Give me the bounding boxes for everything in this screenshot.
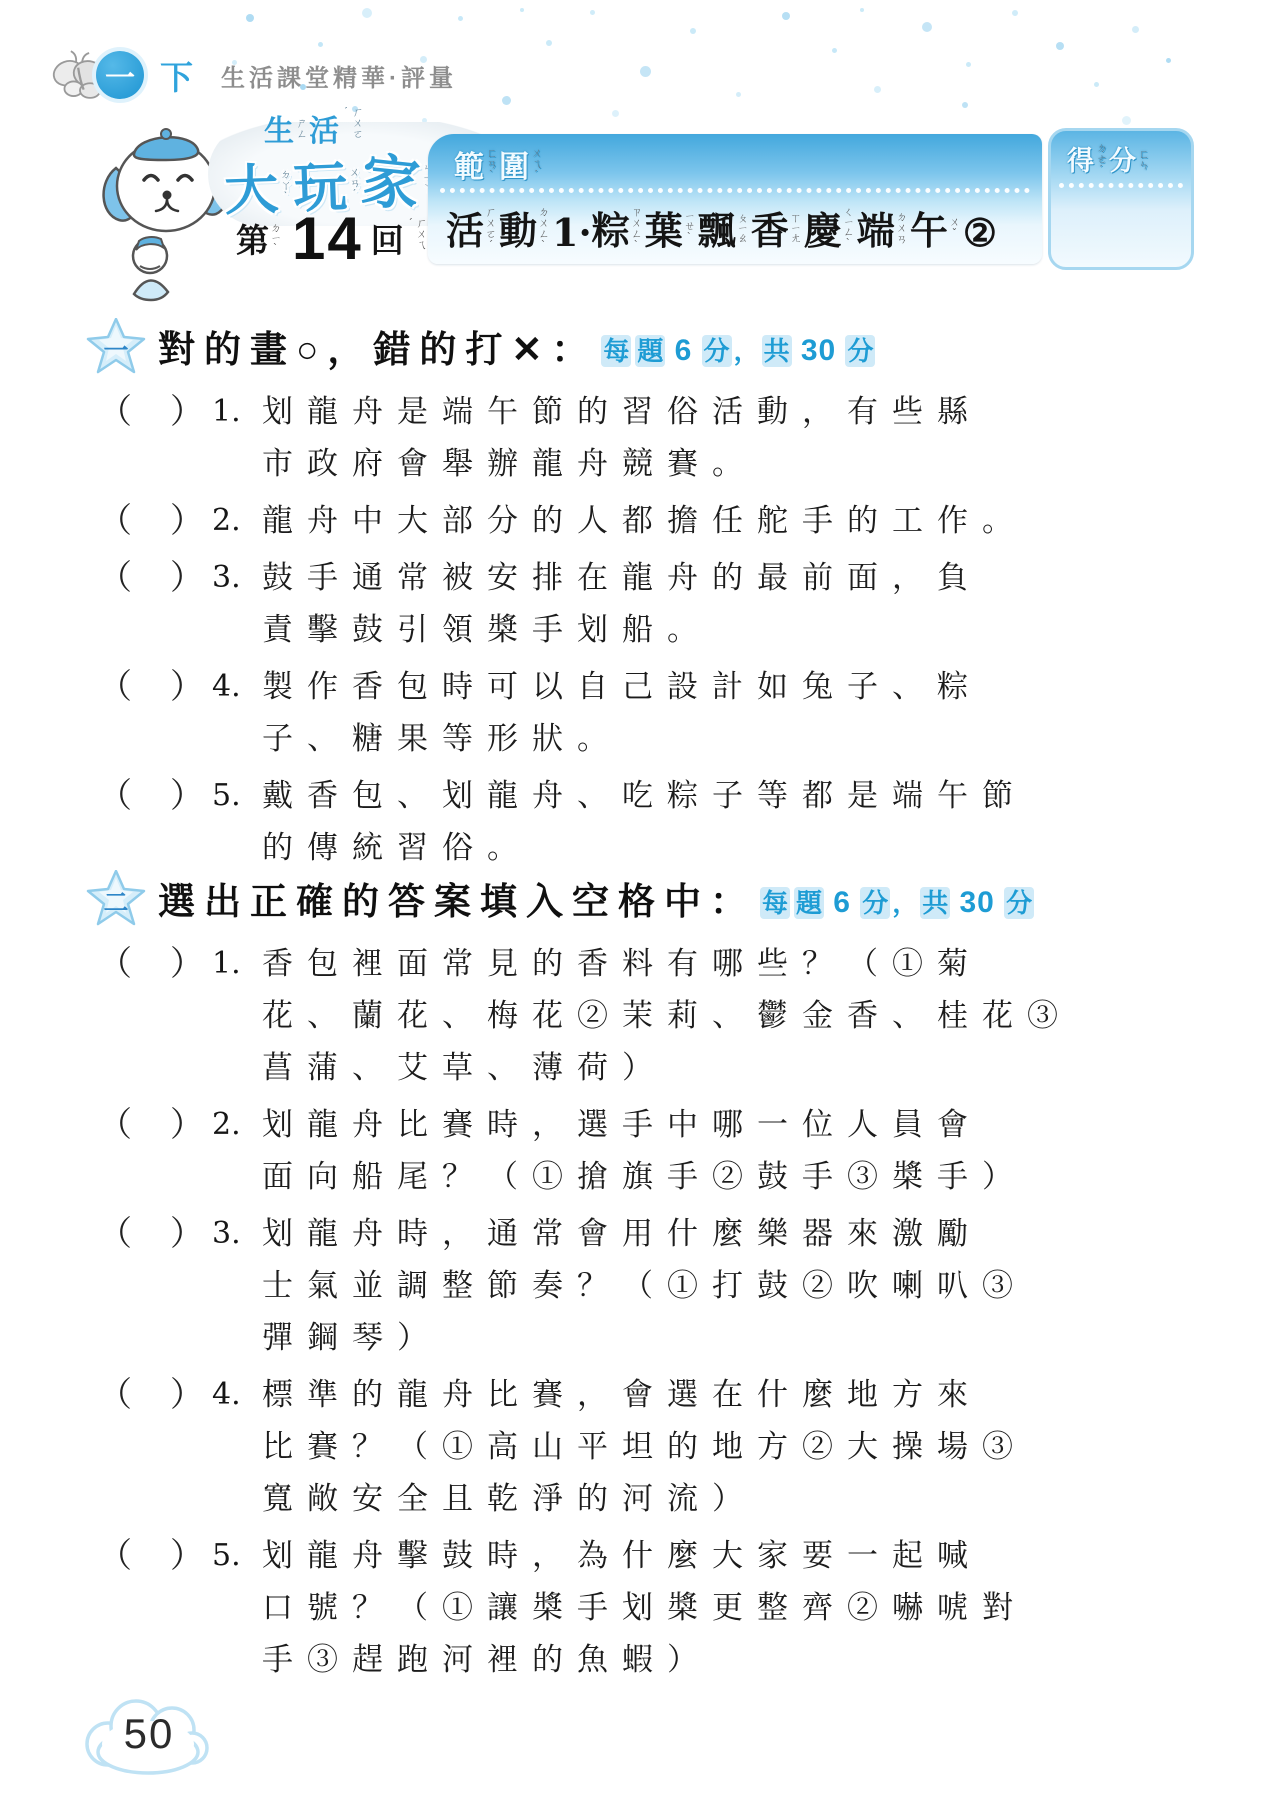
question-line: 划龍舟時，通常會用什麼樂器來激勵 bbox=[262, 1208, 1198, 1260]
ruby-char: 葉ㄧㄝˋ bbox=[645, 200, 698, 255]
decor-dot bbox=[922, 22, 932, 32]
zhuyin-annotation: ㄧㄝˋ bbox=[684, 211, 695, 244]
decor-dot bbox=[362, 8, 372, 18]
series-title: 生活課堂精華·評量 bbox=[221, 58, 457, 93]
question-line: 香包裡面常見的香料有哪些？（①菊 bbox=[262, 938, 1198, 990]
answer-bracket: （ ） bbox=[98, 1369, 204, 1421]
question-row: （ ） 1. 香包裡面常見的香料有哪些？（①菊花、蘭花、梅花②茉莉、鬱金香、桂花… bbox=[86, 938, 1198, 1094]
question-text: 划龍舟是端午節的習俗活動，有些縣市政府會舉辦龍舟競賽。 bbox=[262, 386, 1198, 490]
ruby-char: 得ㄉㄜˊ bbox=[1067, 139, 1109, 178]
answer-bracket: （ ） bbox=[98, 1530, 204, 1582]
bracket-close: ） bbox=[170, 552, 204, 604]
score-dotted-line bbox=[1059, 183, 1183, 188]
zhuyin-annotation: ㄉㄧˋ bbox=[270, 222, 281, 255]
decor-dot bbox=[782, 12, 790, 20]
bracket-open: （ bbox=[98, 495, 132, 547]
question-line: 戴香包、划龍舟、吃粽子等都是端午節 bbox=[262, 770, 1198, 822]
zhuyin-annotation: ㄆㄧㄠ bbox=[737, 212, 748, 243]
question-text: 標準的龍舟比賽，會選在什麼地方來比賽？（①高山平坦的地方②大操場③寬敞安全且乾淨… bbox=[262, 1369, 1198, 1525]
ruby-char: 飄ㄆㄧㄠ bbox=[698, 200, 751, 255]
bracket-close: ） bbox=[170, 938, 204, 990]
question-row: （ ） 4. 製作香包時可以自己設計如兔子、粽子、糖果等形狀。 bbox=[86, 661, 1198, 765]
activity-title: 活ㄏㄨㄛˊ動ㄉㄨㄥˋ1·粽ㄗㄨㄥˋ葉ㄧㄝˋ飄ㄆㄧㄠ香ㄒㄧㄤ慶ㄑㄧㄥˋ端ㄉㄨㄢ午ㄨ… bbox=[446, 200, 997, 255]
ruby-char: 圍ㄨㄟˊ bbox=[499, 142, 544, 186]
answer-bracket: （ ） bbox=[98, 770, 204, 822]
zhuyin-annotation: ㄉㄨㄢ bbox=[896, 211, 907, 244]
question-row: （ ） 3. 划龍舟時，通常會用什麼樂器來激勵士氣並調整節奏？（①打鼓②吹喇叭③… bbox=[86, 1208, 1198, 1364]
zhuyin-annotation: ㄨㄢˊ bbox=[348, 165, 360, 199]
bracket-open: （ bbox=[98, 1208, 132, 1260]
score-box-label: 得ㄉㄜˊ分ㄈㄣ bbox=[1067, 139, 1151, 178]
question-line: 龍舟中大部分的人都擔任舵手的工作。 bbox=[262, 495, 1198, 547]
decor-dot bbox=[458, 16, 463, 21]
ruby-char: 午ㄨˇ bbox=[910, 200, 963, 255]
question-line: 划龍舟擊鼓時，為什麼大家要一起喊 bbox=[262, 1530, 1198, 1582]
answer-bracket: （ ） bbox=[98, 1208, 204, 1260]
section-header: 一 對的畫○，錯的打✕： 每題 6 分，共 30 分 bbox=[86, 318, 1198, 374]
question-row: （ ） 5. 划龍舟擊鼓時，為什麼大家要一起喊口號？（①讓槳手划槳更整齊②嚇唬對… bbox=[86, 1530, 1198, 1686]
bracket-open: （ bbox=[98, 386, 132, 438]
ruby-char: 慶ㄑㄧㄥˋ bbox=[804, 200, 857, 255]
question-number: 3. bbox=[204, 552, 262, 604]
decor-dot bbox=[246, 14, 254, 22]
decor-dot bbox=[1012, 10, 1018, 16]
question-number: 2. bbox=[204, 1099, 262, 1151]
decor-dot bbox=[860, 8, 864, 12]
question-line: 手③趕跑河裡的魚蝦） bbox=[262, 1634, 1198, 1686]
zhuyin-annotation: ㄗㄨㄥˋ bbox=[631, 206, 642, 250]
answer-bracket: （ ） bbox=[98, 495, 204, 547]
bracket-close: ） bbox=[170, 661, 204, 713]
page-number-cloud: 50 bbox=[74, 1688, 224, 1784]
lesson-prefix: 第ㄉㄧˋ bbox=[236, 215, 284, 262]
decor-dot bbox=[736, 92, 741, 97]
bracket-close: ） bbox=[170, 1208, 204, 1260]
decor-dot bbox=[546, 40, 552, 46]
section-instruction: 選出正確的答案填入空格中： bbox=[158, 871, 756, 925]
question-number: 5. bbox=[204, 1530, 262, 1582]
question-line: 標準的龍舟比賽，會選在什麼地方來 bbox=[262, 1369, 1198, 1421]
question-number: 5. bbox=[204, 770, 262, 822]
bracket-open: （ bbox=[98, 1099, 132, 1151]
zhuyin-annotation: ㄒㄧㄤ bbox=[790, 212, 801, 243]
decor-dot bbox=[520, 8, 524, 12]
zhuyin-annotation: ㄉㄜˊ bbox=[1095, 142, 1106, 176]
zhuyin-annotation: ㄑㄧㄥˋ bbox=[843, 206, 854, 250]
decor-dot bbox=[832, 48, 837, 53]
zhuyin-annotation: ㄨˇ bbox=[949, 216, 960, 240]
section-scoring: 每題 6 分，共 30 分 bbox=[599, 331, 877, 368]
ruby-char: 分ㄈㄣ bbox=[1109, 139, 1151, 178]
decor-dot bbox=[1056, 42, 1064, 50]
question-list: （ ） 1. 香包裡面常見的香料有哪些？（①菊花、蘭花、梅花②茉莉、鬱金香、桂花… bbox=[86, 938, 1198, 1686]
ruby-char: · bbox=[578, 210, 591, 255]
question-text: 划龍舟擊鼓時，為什麼大家要一起喊口號？（①讓槳手划槳更整齊②嚇唬對手③趕跑河裡的… bbox=[262, 1530, 1198, 1686]
zhuyin-annotation: ㄨㄟˊ bbox=[530, 147, 541, 181]
section-index: 二 bbox=[86, 883, 146, 919]
question-line: 比賽？（①高山平坦的地方②大操場③ bbox=[262, 1421, 1198, 1473]
question-number: 1. bbox=[204, 386, 262, 438]
answer-bracket: （ ） bbox=[98, 938, 204, 990]
question-number: 2. bbox=[204, 495, 262, 547]
decor-dot bbox=[966, 62, 971, 67]
question-text: 戴香包、划龍舟、吃粽子等都是端午節的傳統習俗。 bbox=[262, 770, 1198, 874]
question-line: 花、蘭花、梅花②茉莉、鬱金香、桂花③ bbox=[262, 990, 1198, 1042]
question-row: （ ） 5. 戴香包、划龍舟、吃粽子等都是端午節的傳統習俗。 bbox=[86, 770, 1198, 874]
ruby-char: 1 bbox=[552, 210, 578, 255]
bracket-close: ） bbox=[170, 1530, 204, 1582]
question-number: 4. bbox=[204, 1369, 262, 1421]
question-line: 寬敞安全且乾淨的河流） bbox=[262, 1473, 1198, 1525]
bracket-close: ） bbox=[170, 495, 204, 547]
bracket-open: （ bbox=[98, 1369, 132, 1421]
section-index: 一 bbox=[86, 331, 146, 367]
section-star-icon: 二 bbox=[86, 870, 146, 926]
question-line: 面向船尾？（①搶旗手②鼓手③槳手） bbox=[262, 1151, 1198, 1203]
bracket-open: （ bbox=[98, 938, 132, 990]
question-list: （ ） 1. 划龍舟是端午節的習俗活動，有些縣市政府會舉辦龍舟競賽。 （ ） 2… bbox=[86, 386, 1198, 874]
bracket-open: （ bbox=[98, 552, 132, 604]
question-line: 士氣並調整節奏？（①打鼓②吹喇叭③ bbox=[262, 1260, 1198, 1312]
question-row: （ ） 2. 龍舟中大部分的人都擔任舵手的工作。 bbox=[86, 495, 1198, 547]
scope-bar: 範ㄈㄢˋ圍ㄨㄟˊ 活ㄏㄨㄛˊ動ㄉㄨㄥˋ1·粽ㄗㄨㄥˋ葉ㄧㄝˋ飄ㄆㄧㄠ香ㄒㄧㄤ慶ㄑ… bbox=[428, 134, 1042, 264]
semester-label: 下 bbox=[160, 52, 193, 99]
decor-dot bbox=[1132, 26, 1139, 33]
question-line: 責擊鼓引領槳手划船。 bbox=[262, 604, 1198, 656]
question-number: 4. bbox=[204, 661, 262, 713]
zhuyin-annotation: ㄏㄨㄟˊ bbox=[405, 217, 427, 261]
answer-bracket: （ ） bbox=[98, 661, 204, 713]
section-scoring: 每題 6 分，共 30 分 bbox=[758, 883, 1036, 920]
question-line: 製作香包時可以自己設計如兔子、粽 bbox=[262, 661, 1198, 713]
question-line: 口號？（①讓槳手划槳更整齊②嚇唬對 bbox=[262, 1582, 1198, 1634]
section-instruction: 對的畫○，錯的打✕： bbox=[158, 319, 597, 373]
ruby-char: 第ㄉㄧˋ bbox=[236, 215, 284, 262]
question-line: 彈鋼琴） bbox=[262, 1312, 1198, 1364]
ruby-char: 活ㄏㄨㄛˊ bbox=[446, 200, 499, 255]
ruby-char: ② bbox=[963, 210, 997, 255]
answer-bracket: （ ） bbox=[98, 386, 204, 438]
title-block: 生ㄕㄥ活ㄏㄨㄛˊ 大ㄉㄚˋ玩ㄨㄢˊ家ㄐㄧㄚ 第ㄉㄧˋ 14 回ㄏㄨㄟˊ 範ㄈㄢˋ… bbox=[96, 104, 1192, 272]
question-line: 鼓手通常被安排在龍舟的最前面，負 bbox=[262, 552, 1198, 604]
decor-dot bbox=[590, 10, 595, 15]
question-text: 鼓手通常被安排在龍舟的最前面，負責擊鼓引領槳手划船。 bbox=[262, 552, 1198, 656]
section-1: 一 對的畫○，錯的打✕： 每題 6 分，共 30 分 （ ） 1. 划龍舟是端午… bbox=[86, 318, 1198, 879]
section-star-icon: 一 bbox=[86, 318, 146, 374]
bracket-close: ） bbox=[170, 386, 204, 438]
scope-dotted-line bbox=[440, 188, 1030, 193]
zhuyin-annotation: ㄉㄨㄥˋ bbox=[538, 206, 549, 250]
question-row: （ ） 1. 划龍舟是端午節的習俗活動，有些縣市政府會舉辦龍舟競賽。 bbox=[86, 386, 1198, 490]
bracket-open: （ bbox=[98, 1530, 132, 1582]
ruby-char: 粽ㄗㄨㄥˋ bbox=[592, 200, 645, 255]
decor-dot bbox=[1166, 58, 1171, 63]
scope-label: 範ㄈㄢˋ圍ㄨㄟˊ bbox=[454, 142, 544, 186]
question-number: 3. bbox=[204, 1208, 262, 1260]
question-text: 龍舟中大部分的人都擔任舵手的工作。 bbox=[262, 495, 1198, 547]
answer-bracket: （ ） bbox=[98, 552, 204, 604]
question-text: 製作香包時可以自己設計如兔子、粽子、糖果等形狀。 bbox=[262, 661, 1198, 765]
decor-dot bbox=[640, 66, 651, 77]
worksheet-page: 一 下 生活課堂精華·評量 生ㄕㄥ活ㄏㄨㄛˊ 大ㄉㄚˋ玩ㄨㄢˊ家ㄐㄧㄚ 第ㄉㄧˋ… bbox=[0, 0, 1282, 1813]
section-header: 二 選出正確的答案填入空格中： 每題 6 分，共 30 分 bbox=[86, 870, 1198, 926]
ruby-char: 端ㄉㄨㄢ bbox=[857, 200, 910, 255]
bracket-close: ） bbox=[170, 1369, 204, 1421]
question-text: 划龍舟比賽時，選手中哪一位人員會面向船尾？（①搶旗手②鼓手③槳手） bbox=[262, 1099, 1198, 1203]
zhuyin-annotation: ㄏㄨㄛˊ bbox=[485, 206, 496, 250]
lesson-number: 14 bbox=[292, 204, 363, 273]
question-line: 的傳統習俗。 bbox=[262, 822, 1198, 874]
ruby-char: 香ㄒㄧㄤ bbox=[751, 200, 804, 255]
ruby-char: 動ㄉㄨㄥˋ bbox=[499, 200, 552, 255]
ruby-char: 範ㄈㄢˋ bbox=[454, 142, 499, 186]
zhuyin-annotation: ㄈㄢˋ bbox=[485, 147, 496, 181]
lesson-suffix: 回ㄏㄨㄟˊ bbox=[371, 215, 430, 262]
bracket-open: （ bbox=[98, 661, 132, 713]
zhuyin-annotation: ㄈㄣ bbox=[1137, 148, 1148, 170]
page-header: 一 下 生活課堂精華·評量 bbox=[48, 44, 457, 106]
question-line: 子、糖果等形狀。 bbox=[262, 713, 1198, 765]
question-line: 划龍舟比賽時，選手中哪一位人員會 bbox=[262, 1099, 1198, 1151]
question-text: 划龍舟時，通常會用什麼樂器來激勵士氣並調整節奏？（①打鼓②吹喇叭③彈鋼琴） bbox=[262, 1208, 1198, 1364]
score-box: 得ㄉㄜˊ分ㄈㄣ bbox=[1048, 128, 1194, 270]
question-line: 市政府會舉辦龍舟競賽。 bbox=[262, 438, 1198, 490]
question-number: 1. bbox=[204, 938, 262, 990]
question-row: （ ） 3. 鼓手通常被安排在龍舟的最前面，負責擊鼓引領槳手划船。 bbox=[86, 552, 1198, 656]
bracket-close: ） bbox=[170, 770, 204, 822]
grade-badge: 一 bbox=[96, 51, 144, 99]
lesson-line: 第ㄉㄧˋ 14 回ㄏㄨㄟˊ bbox=[236, 204, 430, 273]
decor-dot bbox=[690, 28, 696, 34]
zhuyin-annotation: ㄕㄥ bbox=[295, 117, 306, 139]
ruby-char: 回ㄏㄨㄟˊ bbox=[371, 215, 430, 262]
question-line: 菖蒲、艾草、薄荷） bbox=[262, 1042, 1198, 1094]
zhuyin-annotation: ㄉㄚˋ bbox=[279, 168, 291, 202]
bracket-open: （ bbox=[98, 770, 132, 822]
question-row: （ ） 4. 標準的龍舟比賽，會選在什麼地方來比賽？（①高山平坦的地方②大操場③… bbox=[86, 1369, 1198, 1525]
page-number: 50 bbox=[74, 1710, 224, 1758]
question-row: （ ） 2. 划龍舟比賽時，選手中哪一位人員會面向船尾？（①搶旗手②鼓手③槳手） bbox=[86, 1099, 1198, 1203]
question-line: 划龍舟是端午節的習俗活動，有些縣 bbox=[262, 386, 1198, 438]
decor-dot bbox=[1094, 82, 1099, 87]
question-text: 香包裡面常見的香料有哪些？（①菊花、蘭花、梅花②茉莉、鬱金香、桂花③菖蒲、艾草、… bbox=[262, 938, 1198, 1094]
bracket-close: ） bbox=[170, 1099, 204, 1151]
answer-bracket: （ ） bbox=[98, 1099, 204, 1151]
decor-dot bbox=[874, 86, 881, 93]
section-2: 二 選出正確的答案填入空格中： 每題 6 分，共 30 分 （ ） 1. 香包裡… bbox=[86, 870, 1198, 1691]
